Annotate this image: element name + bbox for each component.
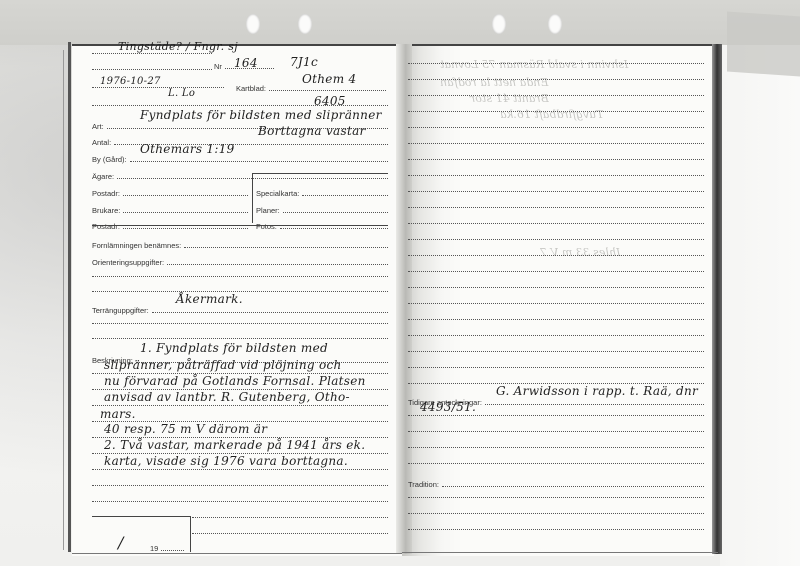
punch-hole: [548, 14, 562, 34]
antal-field: Antal:: [92, 138, 388, 147]
right-line: [408, 62, 704, 66]
parish-value: Tingstäde? / Fngr. sj: [118, 40, 238, 53]
planer-label: Planer:: [256, 206, 283, 215]
terrang-label: Terränguppgifter:: [92, 306, 152, 315]
blank-line: [192, 516, 388, 520]
scan-margin: [720, 45, 800, 566]
right-line: [408, 318, 704, 322]
binder-edge: [68, 42, 71, 552]
signature-box-side: [190, 516, 191, 552]
terrang-field: Terränguppgifter:: [92, 306, 388, 315]
planer-field: Planer:: [256, 206, 388, 215]
fotos-label: Fotos:: [256, 222, 280, 231]
right-line: [408, 286, 704, 290]
blank-line: [92, 404, 388, 408]
fornlamning-label: Fornlämningen benämnes:: [92, 241, 184, 250]
orientering-field: Orienteringsuppgifter:: [92, 258, 388, 267]
initials-value: L. Lo: [168, 88, 195, 99]
right-line: [408, 334, 704, 338]
year-field: 19: [150, 544, 184, 553]
right-line: [408, 414, 704, 418]
year-prefix: 19: [150, 544, 161, 553]
blank-line: [92, 275, 388, 279]
fotos-field: Fotos:: [256, 222, 388, 231]
binder-edge: [63, 50, 64, 550]
signature-box-top: [92, 516, 190, 517]
art-value: Fyndplats för bildsten med slipränner: [140, 108, 382, 122]
right-line: [408, 126, 704, 130]
paper-scrap: [727, 11, 800, 76]
right-line: [408, 238, 704, 242]
right-line: [408, 78, 704, 82]
beskrivning-line: slipränner, påträffad vid plöjning och: [104, 358, 342, 372]
page-gutter: [396, 44, 412, 554]
postadr1-field: Postadr:: [92, 189, 248, 198]
right-line: [408, 430, 704, 434]
antal-value: Borttagna vastar: [258, 124, 366, 138]
art-label: Art:: [92, 122, 107, 131]
orientering-label: Orienteringsuppgifter:: [92, 258, 167, 267]
blank-line: [92, 484, 388, 488]
right-line: [408, 462, 704, 466]
antal-label: Antal:: [92, 138, 114, 147]
signature-mark: /: [118, 533, 124, 552]
postadr1-label: Postadr:: [92, 189, 123, 198]
right-line: [408, 190, 704, 194]
beskrivning-line: karta, visade sig 1976 vara borttagna.: [104, 454, 348, 468]
box-top-line: [252, 173, 388, 174]
right-line: [408, 206, 704, 210]
section-divider: [92, 225, 388, 226]
tidigare-line: G. Arwidsson i rapp. t. Raä, dnr: [496, 384, 698, 398]
brukare-label: Brukare:: [92, 206, 123, 215]
nr-row-line: [92, 68, 212, 72]
nr-label: Nr: [214, 62, 225, 71]
blank-line: [92, 468, 388, 472]
kartblad-value: Othem 4: [302, 72, 356, 86]
punch-hole: [246, 14, 260, 34]
right-line: [408, 446, 704, 450]
postadr2-field: Postadr:: [92, 222, 248, 231]
by-value: Othemars 1:19: [140, 142, 235, 156]
tradition-field: Tradition:: [408, 480, 704, 489]
right-line: [408, 366, 704, 370]
blank-line: [92, 500, 388, 504]
right-line: [408, 528, 704, 532]
right-line: [408, 254, 704, 258]
right-line: [408, 350, 704, 354]
right-line: [408, 270, 704, 274]
punch-hole: [492, 14, 506, 34]
right-line: [408, 512, 704, 516]
right-line: [408, 158, 704, 162]
specialkarta-label: Specialkarta:: [256, 189, 302, 198]
specialkarta-field: Specialkarta:: [256, 189, 388, 198]
beskrivning-line: nu förvarad på Gotlands Fornsal. Platsen: [104, 374, 366, 388]
agare-label: Ägare:: [92, 172, 117, 181]
blank-line: [192, 532, 388, 536]
binder-top-strip: [0, 0, 800, 45]
date-value: 1976-10-27: [100, 76, 161, 87]
beskrivning-line: 1. Fyndplats för bildsten med: [140, 341, 328, 355]
fornlamning-field: Fornlämningen benämnes:: [92, 241, 388, 250]
tradition-label: Tradition:: [408, 480, 442, 489]
page-bottom-edge: [402, 552, 718, 553]
beskrivning-line: mars.: [100, 407, 136, 421]
box-divider: [252, 173, 253, 223]
punch-hole: [298, 14, 312, 34]
brukare-field: Brukare:: [92, 206, 248, 215]
tidigare-line: 4493/51.: [420, 400, 476, 414]
right-line: [408, 142, 704, 146]
postadr2-label: Postadr:: [92, 222, 123, 231]
beskrivning-line: anvisad av lantbr. R. Gutenberg, Otho-: [104, 390, 350, 404]
right-line: [408, 174, 704, 178]
by-label: By (Gård):: [92, 155, 130, 164]
by-field: By (Gård):: [92, 155, 388, 164]
beskrivning-line: 40 resp. 75 m V därom är: [104, 422, 267, 436]
right-line: [408, 110, 704, 114]
terrang-value: Åkermark.: [176, 292, 243, 306]
beskrivning-line: 2. Två vastar, markerade på 1941 års ek.: [104, 438, 365, 452]
page-bottom-edge: [72, 553, 402, 554]
right-line: [408, 302, 704, 306]
kartblad-label: Kartblad:: [236, 84, 269, 93]
nr-value: 164: [234, 56, 258, 70]
right-line: [408, 94, 704, 98]
right-line: [408, 496, 704, 500]
right-line: [408, 222, 704, 226]
nr-suffix: 7J1c: [290, 55, 318, 69]
blank-line: [92, 322, 388, 326]
binder-edge: [712, 44, 722, 554]
